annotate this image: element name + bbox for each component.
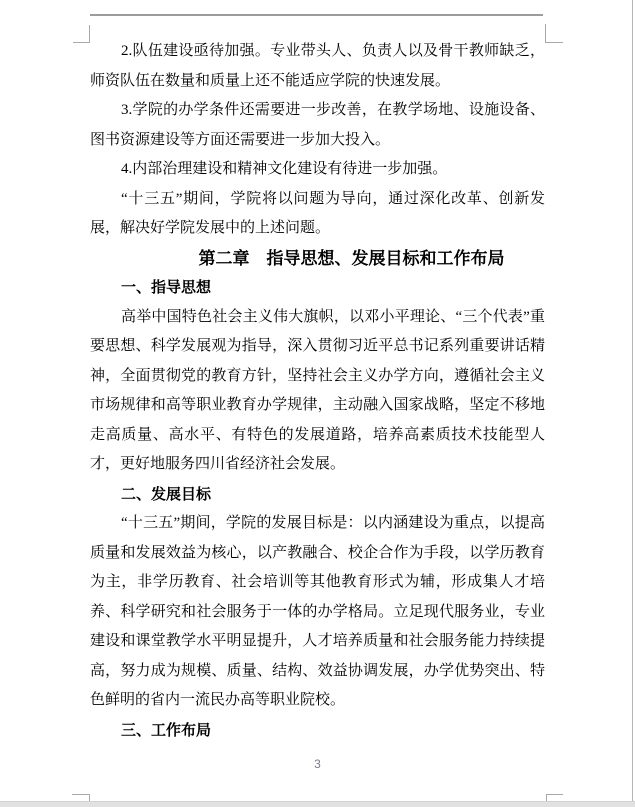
body-paragraph: “十三五”期间，学院将以问题为导向，通过深化改革、创新发展，解决好学院发展中的上… [90,185,545,244]
section-heading: 二、发展目标 [90,480,545,510]
chapter-heading: 第二章 指导思想、发展目标和工作布局 [90,244,545,274]
body-paragraph: 3.学院的办学条件还需要进一步改善，在教学场地、设施设备、图书资源建设等方面还需… [90,96,545,155]
margin-crop-mark-bottom-right [546,794,563,795]
margin-crop-mark-top-right [545,24,546,43]
margin-crop-mark-top-left [73,42,90,43]
page-number: 3 [90,757,545,771]
margin-crop-mark-bottom-left [72,794,90,795]
margin-crop-mark-top-right [545,42,563,43]
text-boundary-top-line [90,14,543,16]
document-viewer: { "page": { "number": "3" }, "document":… [0,0,635,807]
window-right-edge-line [632,0,633,801]
body-paragraph: 2.队伍建设亟待加强。专业带头人、负责人以及骨干教师缺乏，师资队伍在数量和质量上… [90,37,545,96]
section-heading: 一、指导思想 [90,273,545,303]
document-body: 2.队伍建设亟待加强。专业带头人、负责人以及骨干教师缺乏，师资队伍在数量和质量上… [90,37,545,745]
body-paragraph: 高举中国特色社会主义伟大旗帜，以邓小平理论、“三个代表”重要思想、科学发展观为指… [90,303,545,480]
body-paragraph: 4.内部治理建设和精神文化建设有待进一步加强。 [90,155,545,185]
section-heading: 三、工作布局 [90,716,545,746]
body-paragraph: “十三五”期间，学院的发展目标是：以内涵建设为重点，以提高质量和发展效益为核心，… [90,509,545,716]
horizontal-scrollbar-track[interactable] [0,801,635,807]
